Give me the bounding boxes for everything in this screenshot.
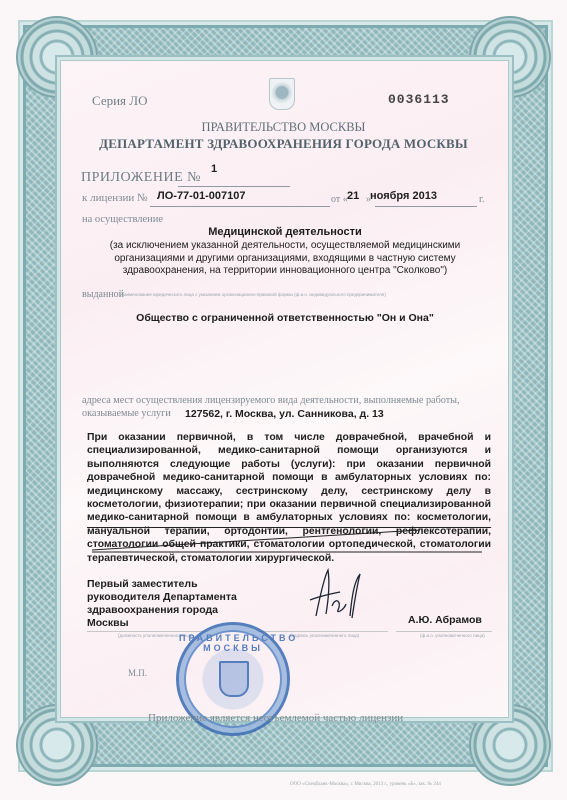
issued-to-hint: (наименование юридического лица с указан… <box>120 292 490 297</box>
integral-part-note: Приложение является неотъемлемой частью … <box>148 712 403 724</box>
signatory-position-line: руководителя Департамента <box>87 591 237 604</box>
year-suffix: г. <box>479 194 484 205</box>
series-label: Серия ЛО <box>92 93 148 109</box>
signature-icon <box>306 566 366 622</box>
coat-of-arms-icon <box>269 78 295 110</box>
license-label: к лицензии № <box>82 192 148 204</box>
stamp-text: ПРАВИТЕЛЬСТВО МОСКВЫ <box>179 633 287 653</box>
department-title: ДЕПАРТАМЕНТ ЗДРАВООХРАНЕНИЯ ГОРОДА МОСКВ… <box>0 136 567 152</box>
name-hint: (ф.и.о. уполномоченного лица) <box>420 633 485 638</box>
organization-name: Общество с ограниченной ответственностью… <box>80 312 490 324</box>
signatory-name: А.Ю. Абрамов <box>408 614 482 626</box>
issued-to-label: выданной <box>82 289 124 300</box>
license-number: ЛО-77-01-007107 <box>157 190 245 202</box>
government-title: ПРАВИТЕЛЬСТВО МОСКВЫ <box>0 120 567 135</box>
seal-label: М.П. <box>128 668 147 678</box>
name-line <box>396 630 492 632</box>
activity-label: на осуществление <box>82 214 163 225</box>
activity-note: (за исключением указанной деятельности, … <box>82 240 488 278</box>
activity-title: Медицинской деятельности <box>80 226 490 238</box>
signatory-position-line: Первый заместитель <box>87 578 237 591</box>
position-line <box>87 630 207 632</box>
appendix-number: 1 <box>211 163 217 175</box>
signatory-position-line: здравоохранения города <box>87 604 237 617</box>
printer-info: ООО «Спецбланк-Москва», г. Москва, 2013 … <box>290 782 441 787</box>
signatory-position: Первый заместитель руководителя Департам… <box>87 578 237 630</box>
appendix-number-line <box>178 172 290 187</box>
address-value: 127562, г. Москва, ул. Санникова, д. 13 <box>185 408 384 420</box>
signature-hint: (подпись уполномоченного лица) <box>290 633 359 638</box>
date-from-label: от « <box>331 194 348 205</box>
z-strike-lines <box>80 528 500 558</box>
license-month-year: ноября 2013 <box>370 190 437 202</box>
serial-number: 0036113 <box>388 92 450 107</box>
license-day: 21 <box>347 190 359 202</box>
moscow-coat-of-arms-icon <box>219 661 249 697</box>
